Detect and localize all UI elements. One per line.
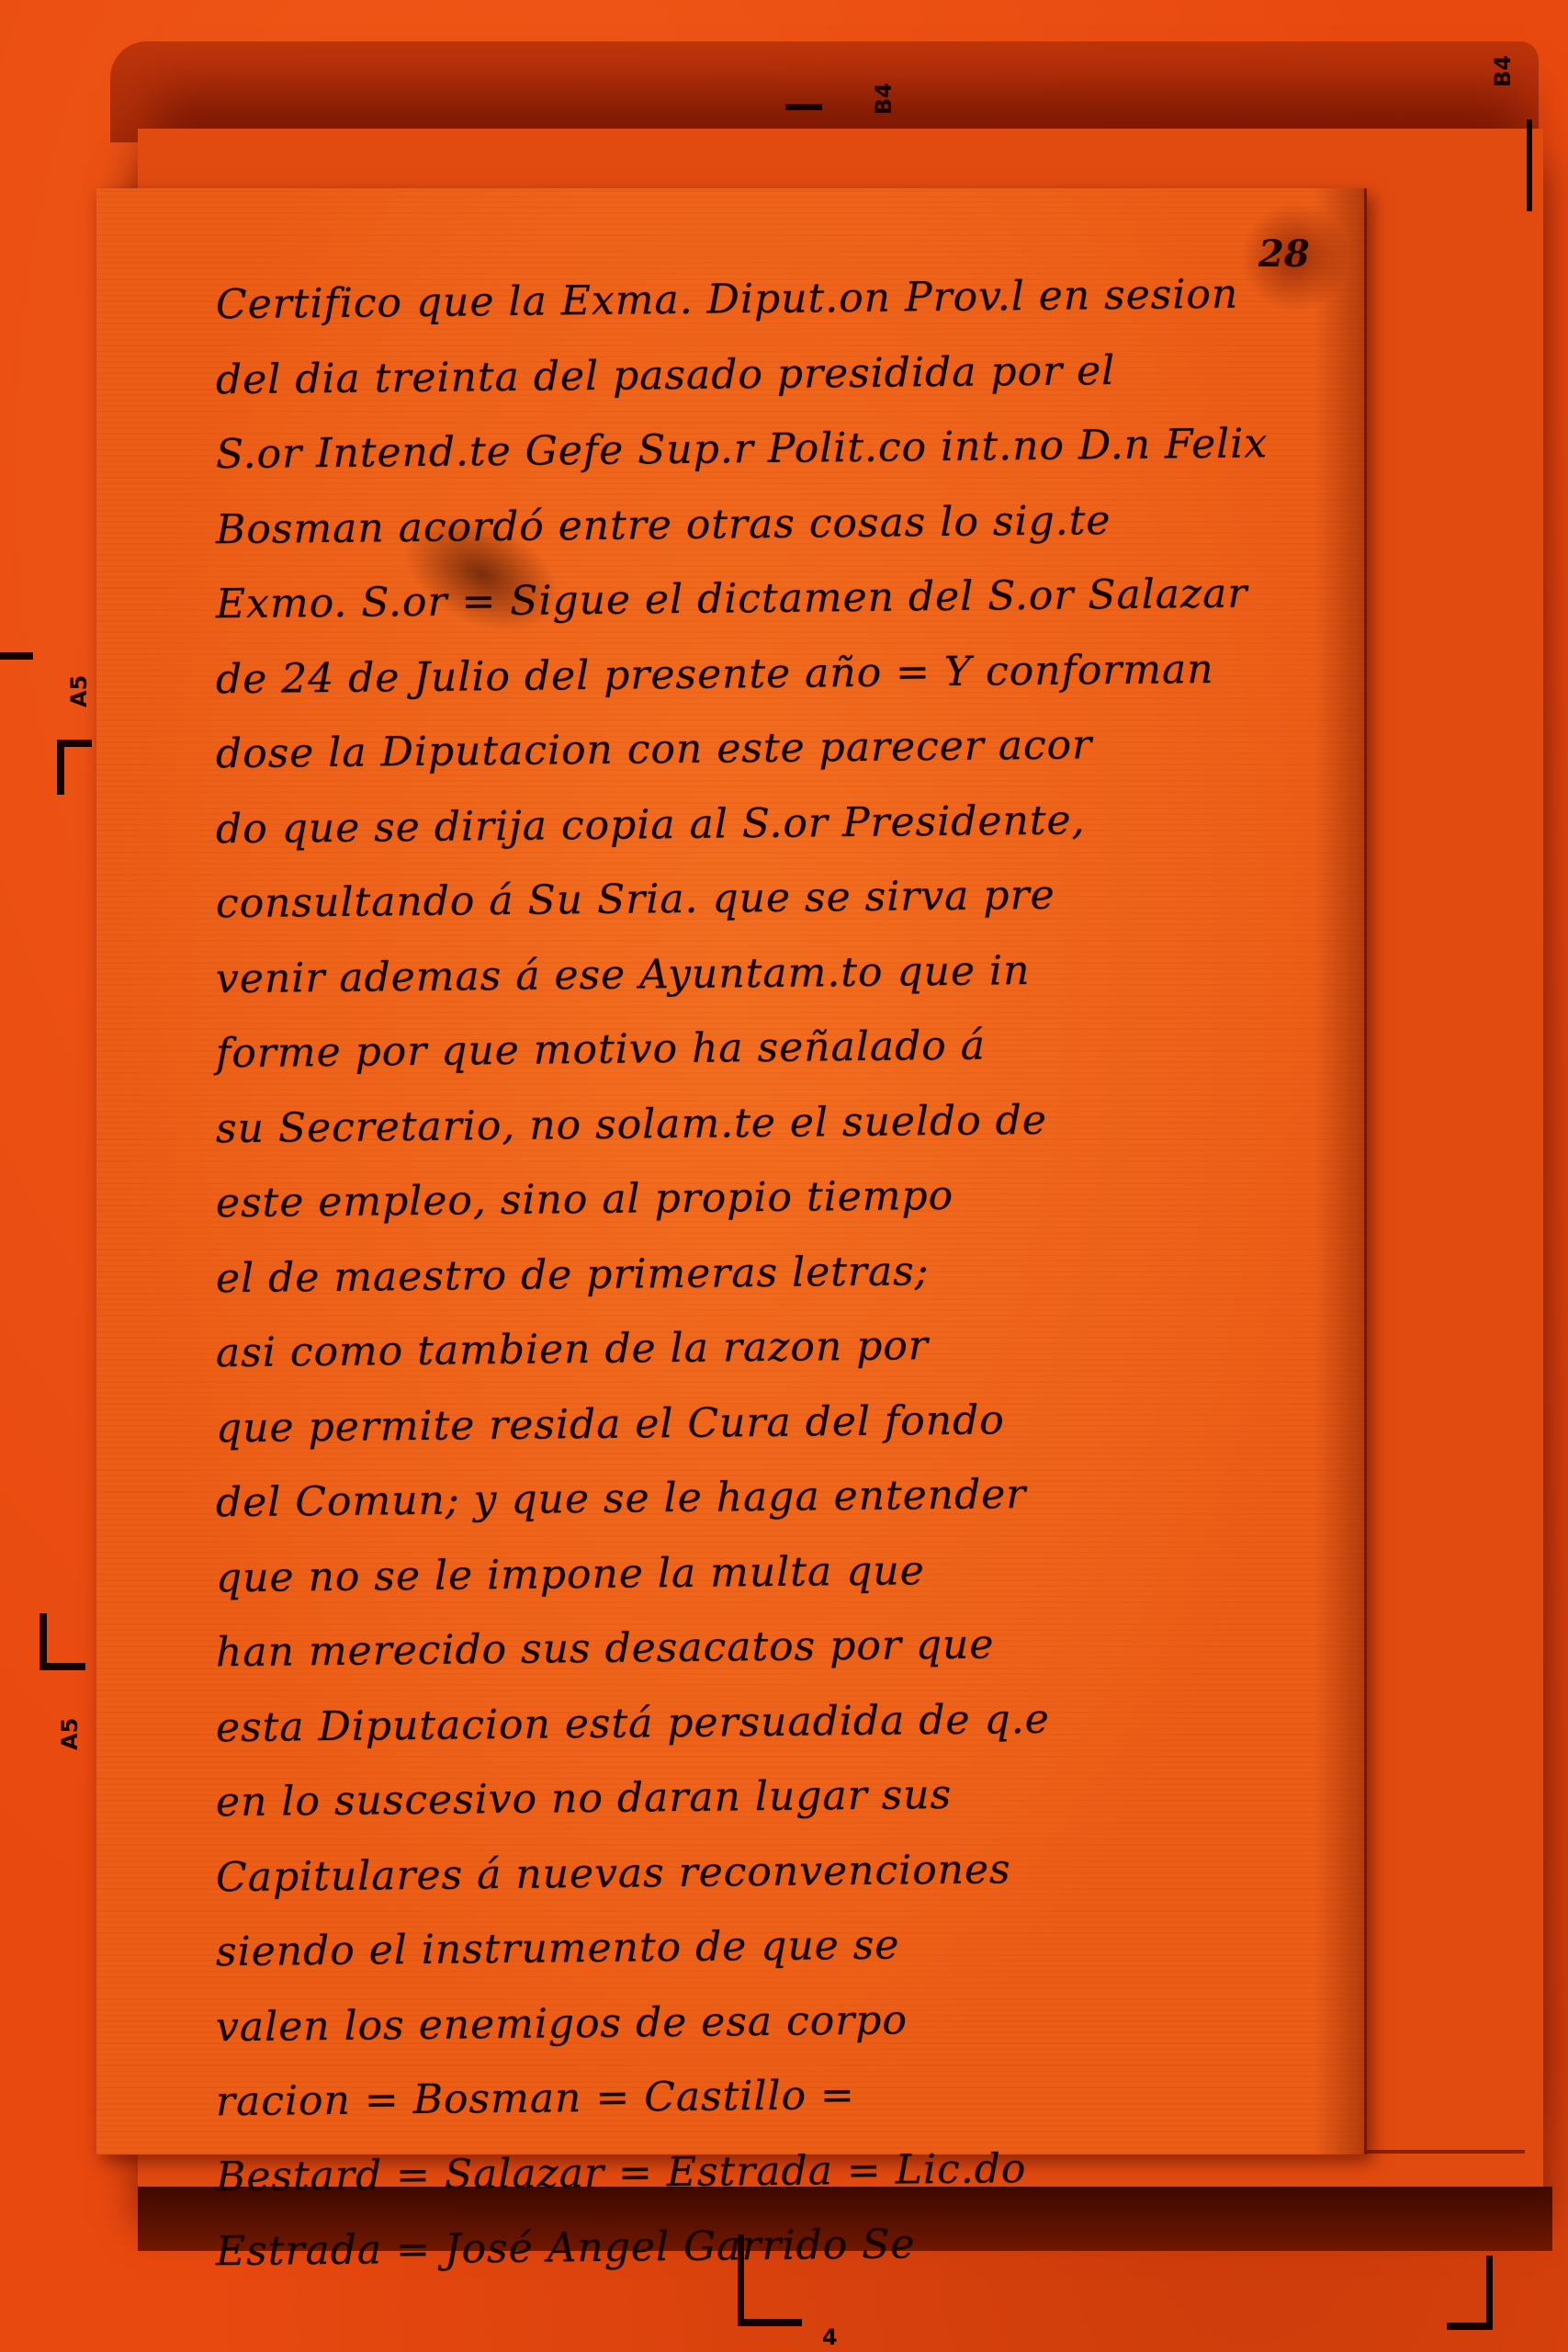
left-corner-upper-v: [57, 740, 64, 795]
manuscript-line: Capitulares á nuevas reconvenciones: [216, 1828, 1319, 1915]
marker-bottom-center: 4: [822, 2324, 838, 2350]
manuscript-line: Estrada = José Angel Garrido Se: [216, 2203, 1319, 2290]
manuscript-line: esta Diputacion está persuadida de q.e: [216, 1679, 1319, 1765]
manuscript-line: valen los enemigos de esa corpo: [216, 1978, 1319, 2064]
manuscript-line: del Comun; y que se le haga entender: [216, 1454, 1319, 1541]
page-edge-shadow: [1314, 188, 1364, 2154]
manuscript-line: asi como tambien de la razon por: [216, 1305, 1319, 1391]
manuscript-page: 28 Certifico que la Exma. Diput.on Prov.…: [96, 188, 1367, 2154]
top-crop-tick: [785, 104, 822, 110]
manuscript-line: del dia treinta del pasado presidida por…: [216, 331, 1319, 417]
bottom-corner-right-h: [1447, 2323, 1493, 2330]
manuscript-line: Bestard = Salazar = Estrada = Lic.do: [216, 2128, 1319, 2214]
bottom-corner-right-v: [1486, 2256, 1493, 2329]
manuscript-line: su Secretario, no solam.te el sueldo de: [216, 1080, 1319, 1166]
manuscript-line: do que se dirija copia al S.or President…: [216, 780, 1319, 866]
marker-left-lower: A5: [57, 1718, 83, 1750]
manuscript-line: este empleo, sino al propio tiempo: [216, 1155, 1319, 1241]
backing-sheet-top-band: [110, 41, 1539, 142]
manuscript-line: de 24 de Julio del presente año = Y conf…: [216, 630, 1319, 717]
manuscript-line: Bosman acordó entre otras cosas lo sig.t…: [216, 481, 1319, 567]
manuscript-line: que no se le impone la multa que: [216, 1529, 1319, 1615]
marker-left-upper: A5: [66, 675, 92, 707]
marker-top-right: B4: [1490, 55, 1516, 87]
right-crop-line: [1527, 119, 1532, 211]
left-corner-lower-h: [39, 1663, 85, 1670]
manuscript-line: Exmo. S.or = Sigue el dictamen del S.or …: [216, 556, 1319, 642]
left-crop-tick-upper: [0, 652, 33, 660]
manuscript-line: el de maestro de primeras letras;: [216, 1229, 1319, 1316]
manuscript-line: forme por que motivo ha señalado á: [216, 1005, 1319, 1091]
manuscript-line: Certifico que la Exma. Diput.on Prov.l e…: [216, 256, 1319, 343]
bottom-corner-left-h: [738, 2319, 802, 2326]
manuscript-line: S.or Intend.te Gefe Sup.r Polit.co int.n…: [216, 406, 1319, 492]
handwritten-text-block: Certifico que la Exma. Diput.on Prov.l e…: [216, 262, 1318, 2284]
manuscript-line: han merecido sus desacatos por que: [216, 1604, 1319, 1690]
manuscript-line: consultando á Su Sria. que se sirva pre: [216, 855, 1319, 942]
manuscript-line: racion = Bosman = Castillo =: [216, 2053, 1319, 2140]
marker-top-center: B4: [871, 83, 897, 115]
left-corner-lower-v: [39, 1613, 47, 1668]
manuscript-line: siendo el instrumento de que se: [216, 1904, 1319, 1990]
manuscript-line: en lo suscesivo no daran lugar sus: [216, 1754, 1319, 1840]
manuscript-line: dose la Diputacion con este parecer acor: [216, 706, 1319, 792]
manuscript-line: venir ademas á ese Ayuntam.to que in: [216, 930, 1319, 1016]
manuscript-line: que permite resida el Cura del fondo: [216, 1379, 1319, 1465]
